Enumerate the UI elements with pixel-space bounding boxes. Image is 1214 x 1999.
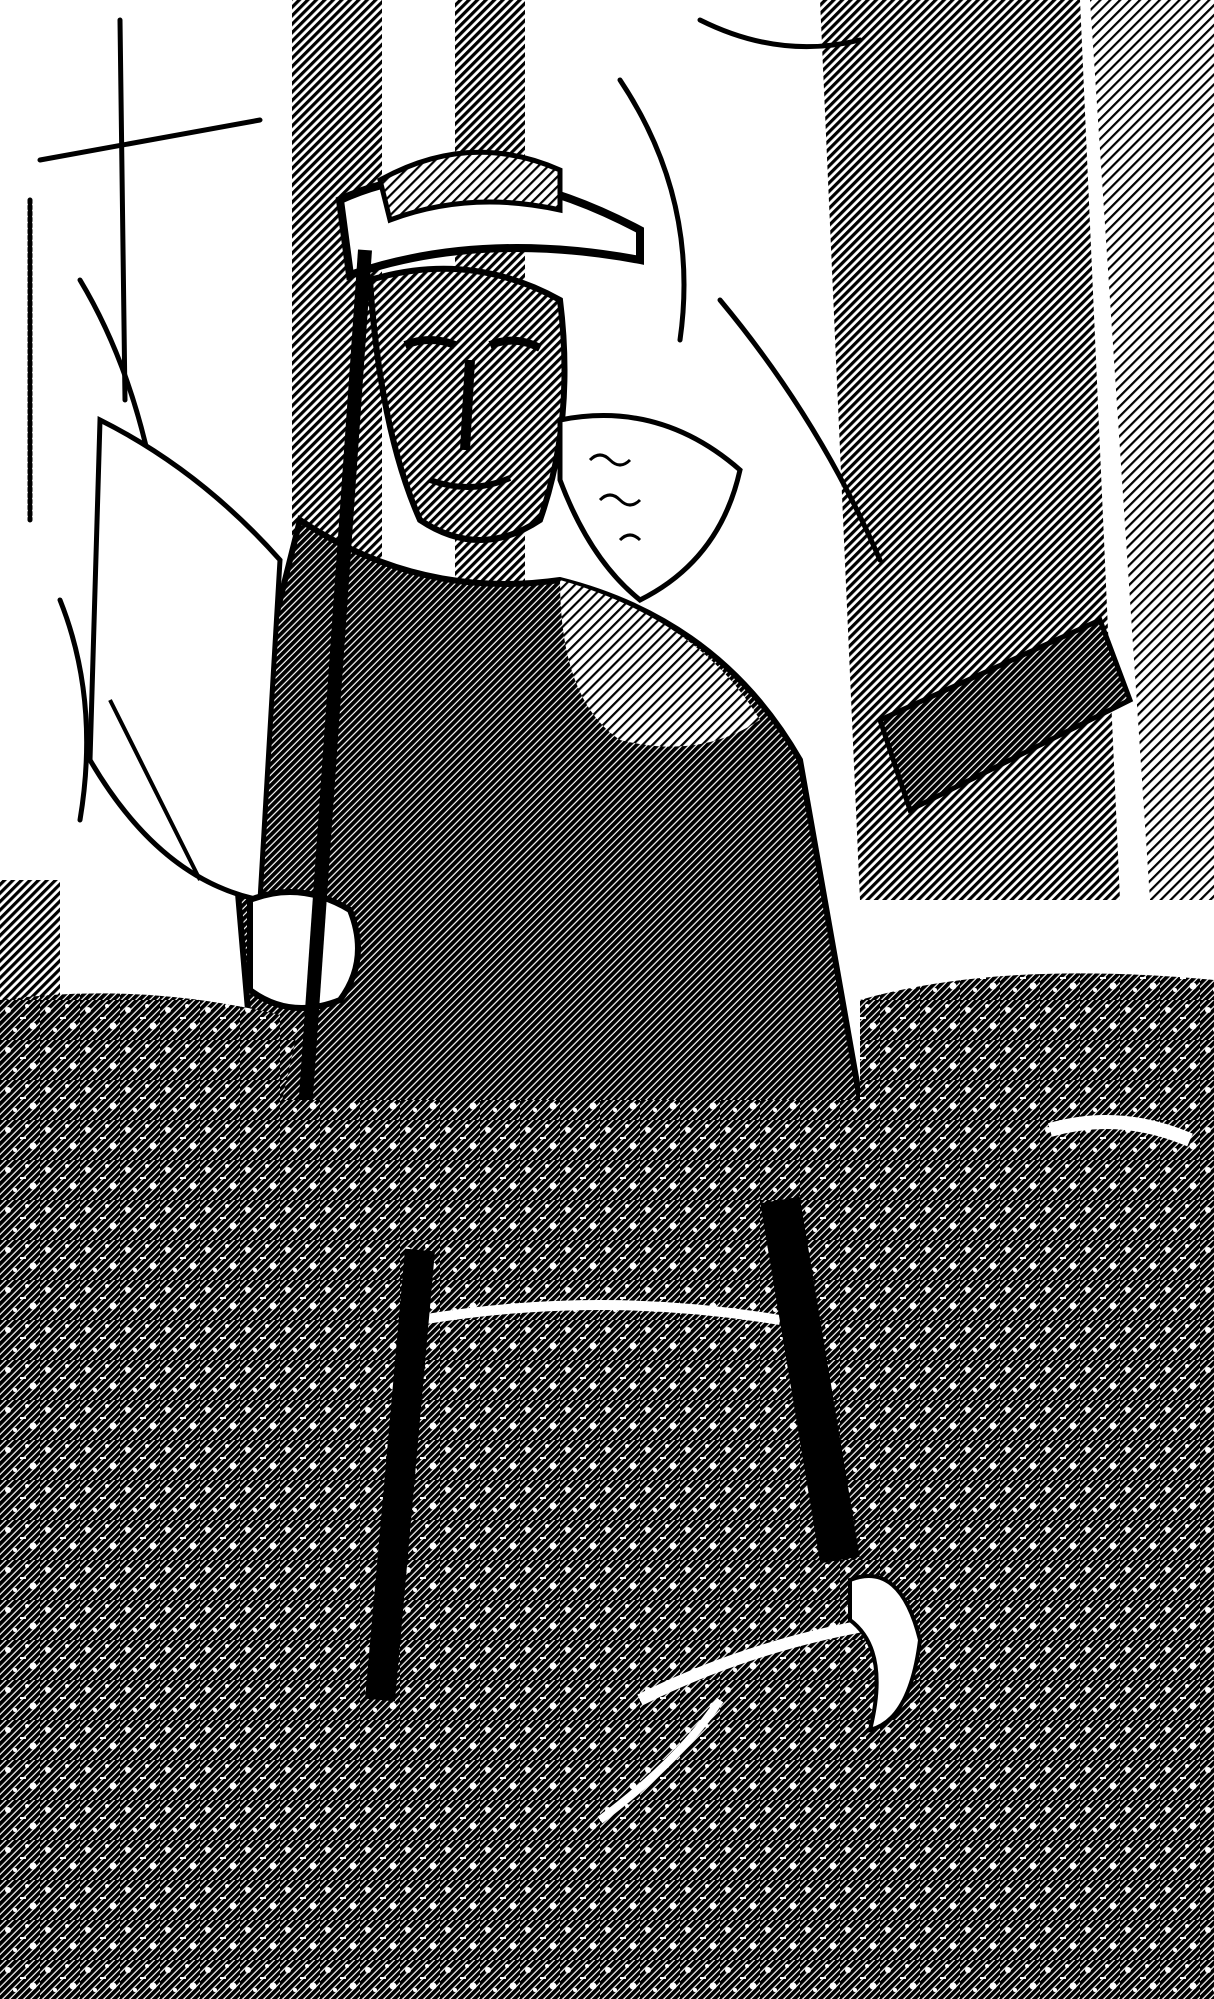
undergrowth — [0, 973, 1214, 1999]
photo-canvas — [0, 0, 1214, 1999]
halftone-photograph — [0, 0, 1214, 1999]
